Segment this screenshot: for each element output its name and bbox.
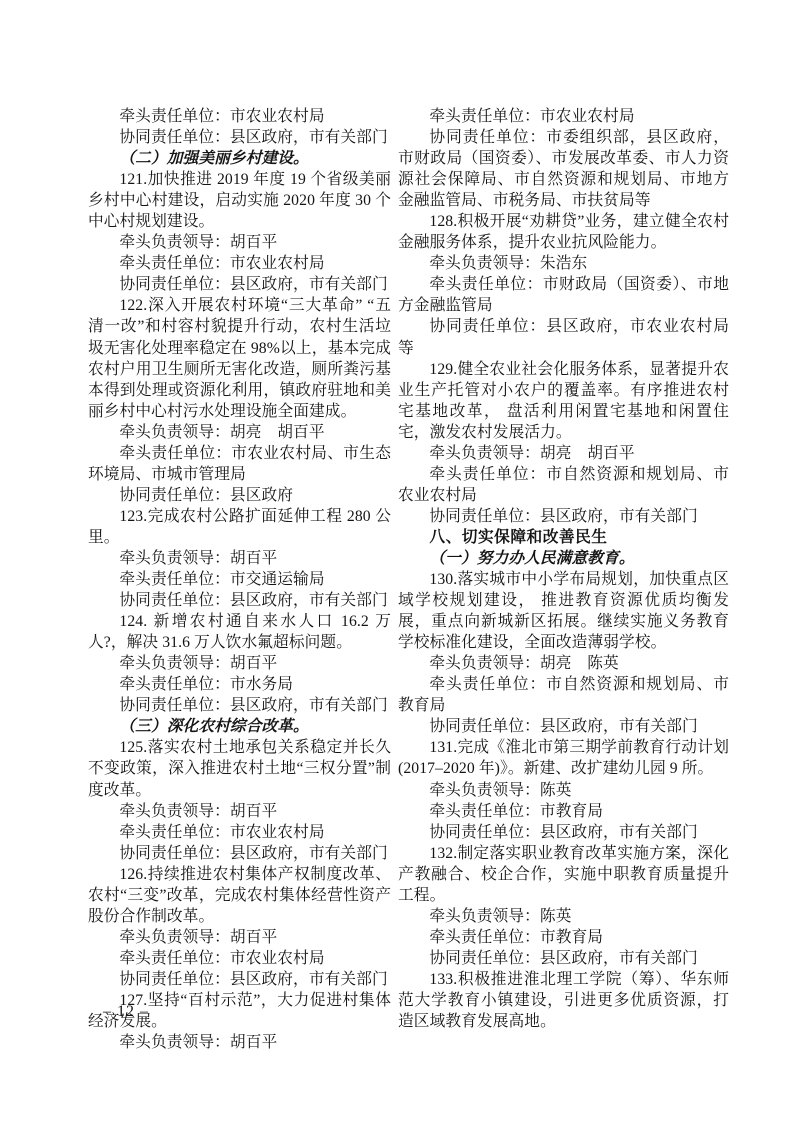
paragraph: 牵头责任单位：市农业农村局 [88,822,391,843]
paragraph: 协同责任单位：县区政府，市有关部门 [88,127,391,148]
paragraph: 牵头负责领导：胡百平 [88,548,391,569]
paragraph: 牵头责任单位：市农业农村局 [398,106,729,127]
paragraph: 牵头负责领导：胡百平 [88,927,391,948]
paragraph: 126.持续推进农村集体产权制度改革、农村“三变”改革，完成农村集体经营性资产股… [88,864,391,927]
paragraph: 牵头责任单位：市自然资源和规划局、市农业农村局 [398,464,729,506]
paragraph: 130.落实城市中小学布局规划，加快重点区域学校规划建设， 推进教育资源优质均衡… [398,569,729,653]
paragraph: 牵头责任单位：市农业农村局、市生态环境局、市城市管理局 [88,443,391,485]
paragraph: 协同责任单位：县区政府，市有关部门 [88,590,391,611]
paragraph: 牵头负责领导：朱浩东 [398,253,729,274]
document-page: 牵头责任单位：市农业农村局协同责任单位：县区政府，市有关部门（二）加强美丽乡村建… [0,0,793,1122]
page-number: – 12 – [103,1001,149,1022]
subsection-heading: （一）努力办人民满意教育。 [398,548,729,569]
paragraph: 129.健全农业社会化服务体系，显著提升农业生产托管对小农户的覆盖率。有序推进农… [398,359,729,443]
paragraph: 牵头负责领导：陈英 [398,780,729,801]
paragraph: 牵头责任单位：市财政局（国资委）、市地方金融监管局 [398,274,729,316]
paragraph: 牵头负责领导：胡百平 [88,1032,391,1053]
paragraph: 牵头责任单位：市教育局 [398,801,729,822]
paragraph: 133.积极推进淮北理工学院（筹）、华东师范大学教育小镇建设，引进更多优质资源，… [398,969,729,1032]
paragraph: 协同责任单位：县区政府 [88,485,391,506]
paragraph: 协同责任单位：县区政府，市有关部门 [88,695,391,716]
subsection-heading: （三）深化农村综合改革。 [88,716,391,737]
right-text-column: 牵头责任单位：市农业农村局协同责任单位：市委组织部，县区政府，市财政局（国资委）… [398,106,729,1032]
paragraph: 牵头负责领导：胡亮 陈英 [398,653,729,674]
paragraph: 协同责任单位：县区政府，市有关部门 [88,274,391,295]
paragraph: 牵头负责领导：胡亮 胡百平 [88,422,391,443]
paragraph: 牵头责任单位：市农业农村局 [88,253,391,274]
paragraph: 125.落实农村土地承包关系稳定并长久不变政策，深入推进农村土地“三权分置”制度… [88,737,391,800]
paragraph: 牵头负责领导：胡百平 [88,801,391,822]
paragraph: 132.制定落实职业教育改革实施方案，深化产教融合、校企合作，实施中职教育质量提… [398,843,729,906]
paragraph: 122.深入开展农村环境“三大革命” “五清一改”和村容村貌提升行动，农村生活垃… [88,295,391,421]
paragraph: 协同责任单位：县区政府，市有关部门 [88,969,391,990]
paragraph: 牵头负责领导：胡亮 胡百平 [398,443,729,464]
paragraph: 协同责任单位：县区政府，市有关部门 [398,948,729,969]
paragraph: 121.加快推进 2019 年度 19 个省级美丽乡村中心村建设，启动实施 20… [88,169,391,232]
paragraph: 牵头负责领导：胡百平 [88,232,391,253]
paragraph: 124. 新增农村通自来水人口 16.2 万人?，解决 31.6 万人饮水氟超标… [88,611,391,653]
paragraph: 牵头责任单位：市交通运输局 [88,569,391,590]
paragraph: 牵头责任单位：市水务局 [88,674,391,695]
paragraph: 牵头责任单位：市教育局 [398,927,729,948]
paragraph: 协同责任单位：县区政府，市有关部门 [398,822,729,843]
paragraph: 牵头责任单位：市自然资源和规划局、市教育局 [398,674,729,716]
subsection-heading: （二）加强美丽乡村建设。 [88,148,391,169]
paragraph: 131.完成《淮北市第三期学前教育行动计划(2017–2020 年)》。新建、改… [398,737,729,779]
paragraph: 协同责任单位：市委组织部，县区政府，市财政局（国资委）、市发展改革委、市人力资源… [398,127,729,211]
paragraph: 协同责任单位：县区政府，市有关部门 [398,716,729,737]
paragraph: 牵头责任单位：市农业农村局 [88,106,391,127]
paragraph: 协同责任单位：县区政府，市农业农村局等 [398,316,729,358]
paragraph: 牵头责任单位：市农业农村局 [88,948,391,969]
section-heading: 八、切实保障和改善民生 [398,527,729,548]
paragraph: 协同责任单位：县区政府，市有关部门 [398,506,729,527]
paragraph: 协同责任单位：县区政府，市有关部门 [88,843,391,864]
paragraph: 128.积极开展“劝耕贷”业务，建立健全农村金融服务体系，提升农业抗风险能力。 [398,211,729,253]
paragraph: 牵头负责领导：陈英 [398,906,729,927]
paragraph: 牵头负责领导：胡百平 [88,653,391,674]
paragraph: 123.完成农村公路扩面延伸工程 280 公里。 [88,506,391,548]
left-text-column: 牵头责任单位：市农业农村局协同责任单位：县区政府，市有关部门（二）加强美丽乡村建… [88,106,391,1053]
